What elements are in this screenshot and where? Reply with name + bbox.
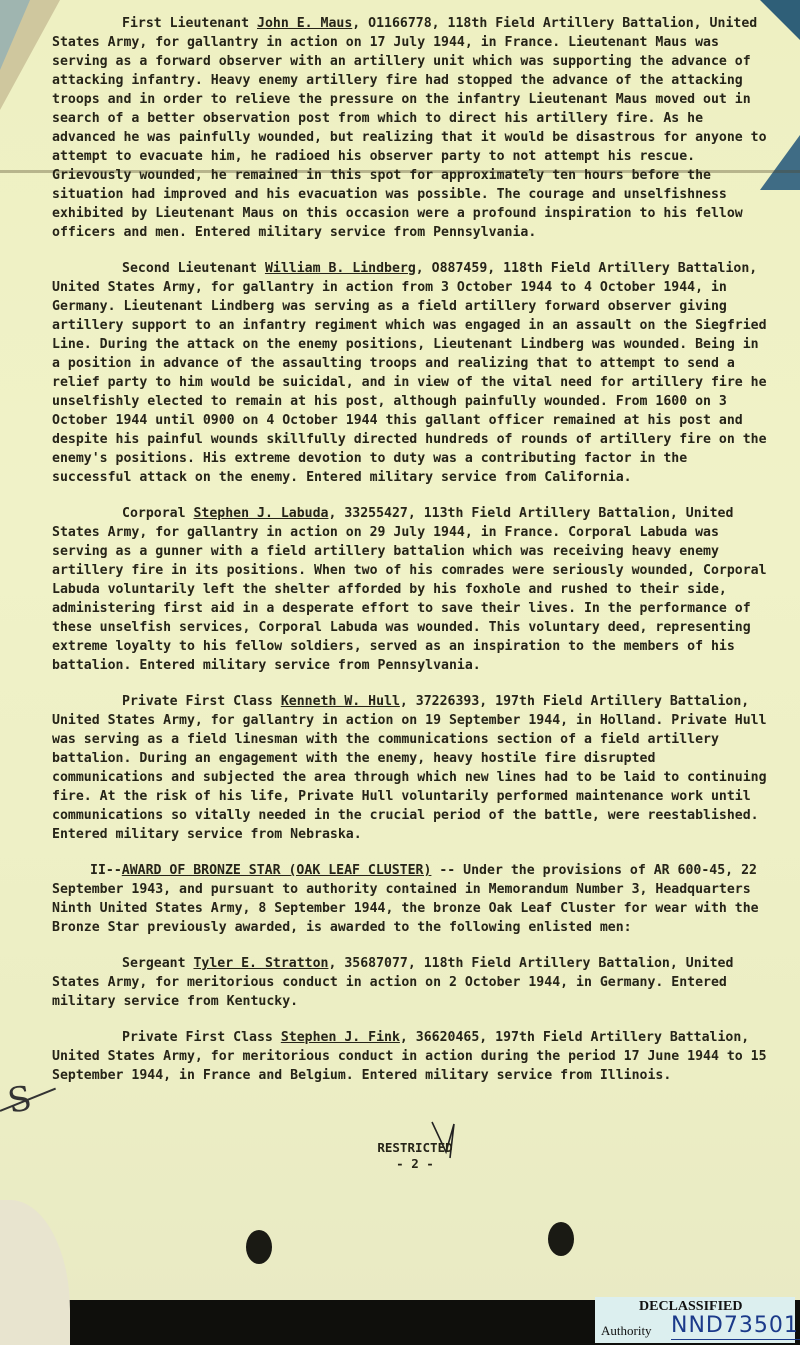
stamp-authority-value: NND735017 [671,1313,800,1340]
award-paragraph-fink: Private First Class Stephen J. Fink, 366… [52,1028,772,1085]
classification-marking: RESTRICTED [30,1140,800,1156]
page-footer: RESTRICTED - 2 - [0,1140,800,1172]
background-corner [0,0,30,70]
document-body: First Lieutenant John E. Maus, O1166778,… [52,14,772,1102]
award-paragraph-stratton: Sergeant Tyler E. Stratton, 35687077, 11… [52,954,772,1011]
recipient-name: Kenneth W. Hull [281,694,400,709]
citation-paragraph-labuda: Corporal Stephen J. Labuda, 33255427, 11… [52,504,772,675]
citation-text: , 37226393, 197th Field Artillery Battal… [52,694,767,842]
rank: First Lieutenant [122,16,249,31]
declassified-stamp: DECLASSIFIED Authority NND735017 [595,1297,795,1343]
citation-text: , O1166778, 118th Field Artillery Battal… [52,16,767,240]
binder-hole-left [246,1230,272,1264]
handwritten-margin-mark: S [5,1078,35,1121]
recipient-name: Tyler E. Stratton [193,956,328,971]
recipient-name: William B. Lindberg [265,261,416,276]
section-prefix: II-- [90,863,122,878]
rank: Private First Class [122,1030,273,1045]
citation-text: , 33255427, 113th Field Artillery Battal… [52,506,767,673]
rank: Private First Class [122,694,273,709]
citation-text: , O887459, 118th Field Artillery Battali… [52,261,767,485]
recipient-name: Stephen J. Labuda [193,506,328,521]
rank: Second Lieutenant [122,261,257,276]
rank: Corporal [122,506,186,521]
section-ii-paragraph: II--AWARD OF BRONZE STAR (OAK LEAF CLUST… [52,861,772,937]
rank: Sergeant [122,956,186,971]
recipient-name: Stephen J. Fink [281,1030,400,1045]
document-page: First Lieutenant John E. Maus, O1166778,… [0,0,800,1315]
recipient-name: John E. Maus [257,16,352,31]
page-number: - 2 - [30,1156,800,1172]
section-heading: AWARD OF BRONZE STAR (OAK LEAF CLUSTER) [122,863,432,878]
citation-paragraph-maus: First Lieutenant John E. Maus, O1166778,… [52,14,772,242]
citation-paragraph-hull: Private First Class Kenneth W. Hull, 372… [52,692,772,844]
binder-hole-right [548,1222,574,1256]
stamp-authority-label: Authority [601,1323,652,1339]
citation-paragraph-lindberg: Second Lieutenant William B. Lindberg, O… [52,259,772,487]
